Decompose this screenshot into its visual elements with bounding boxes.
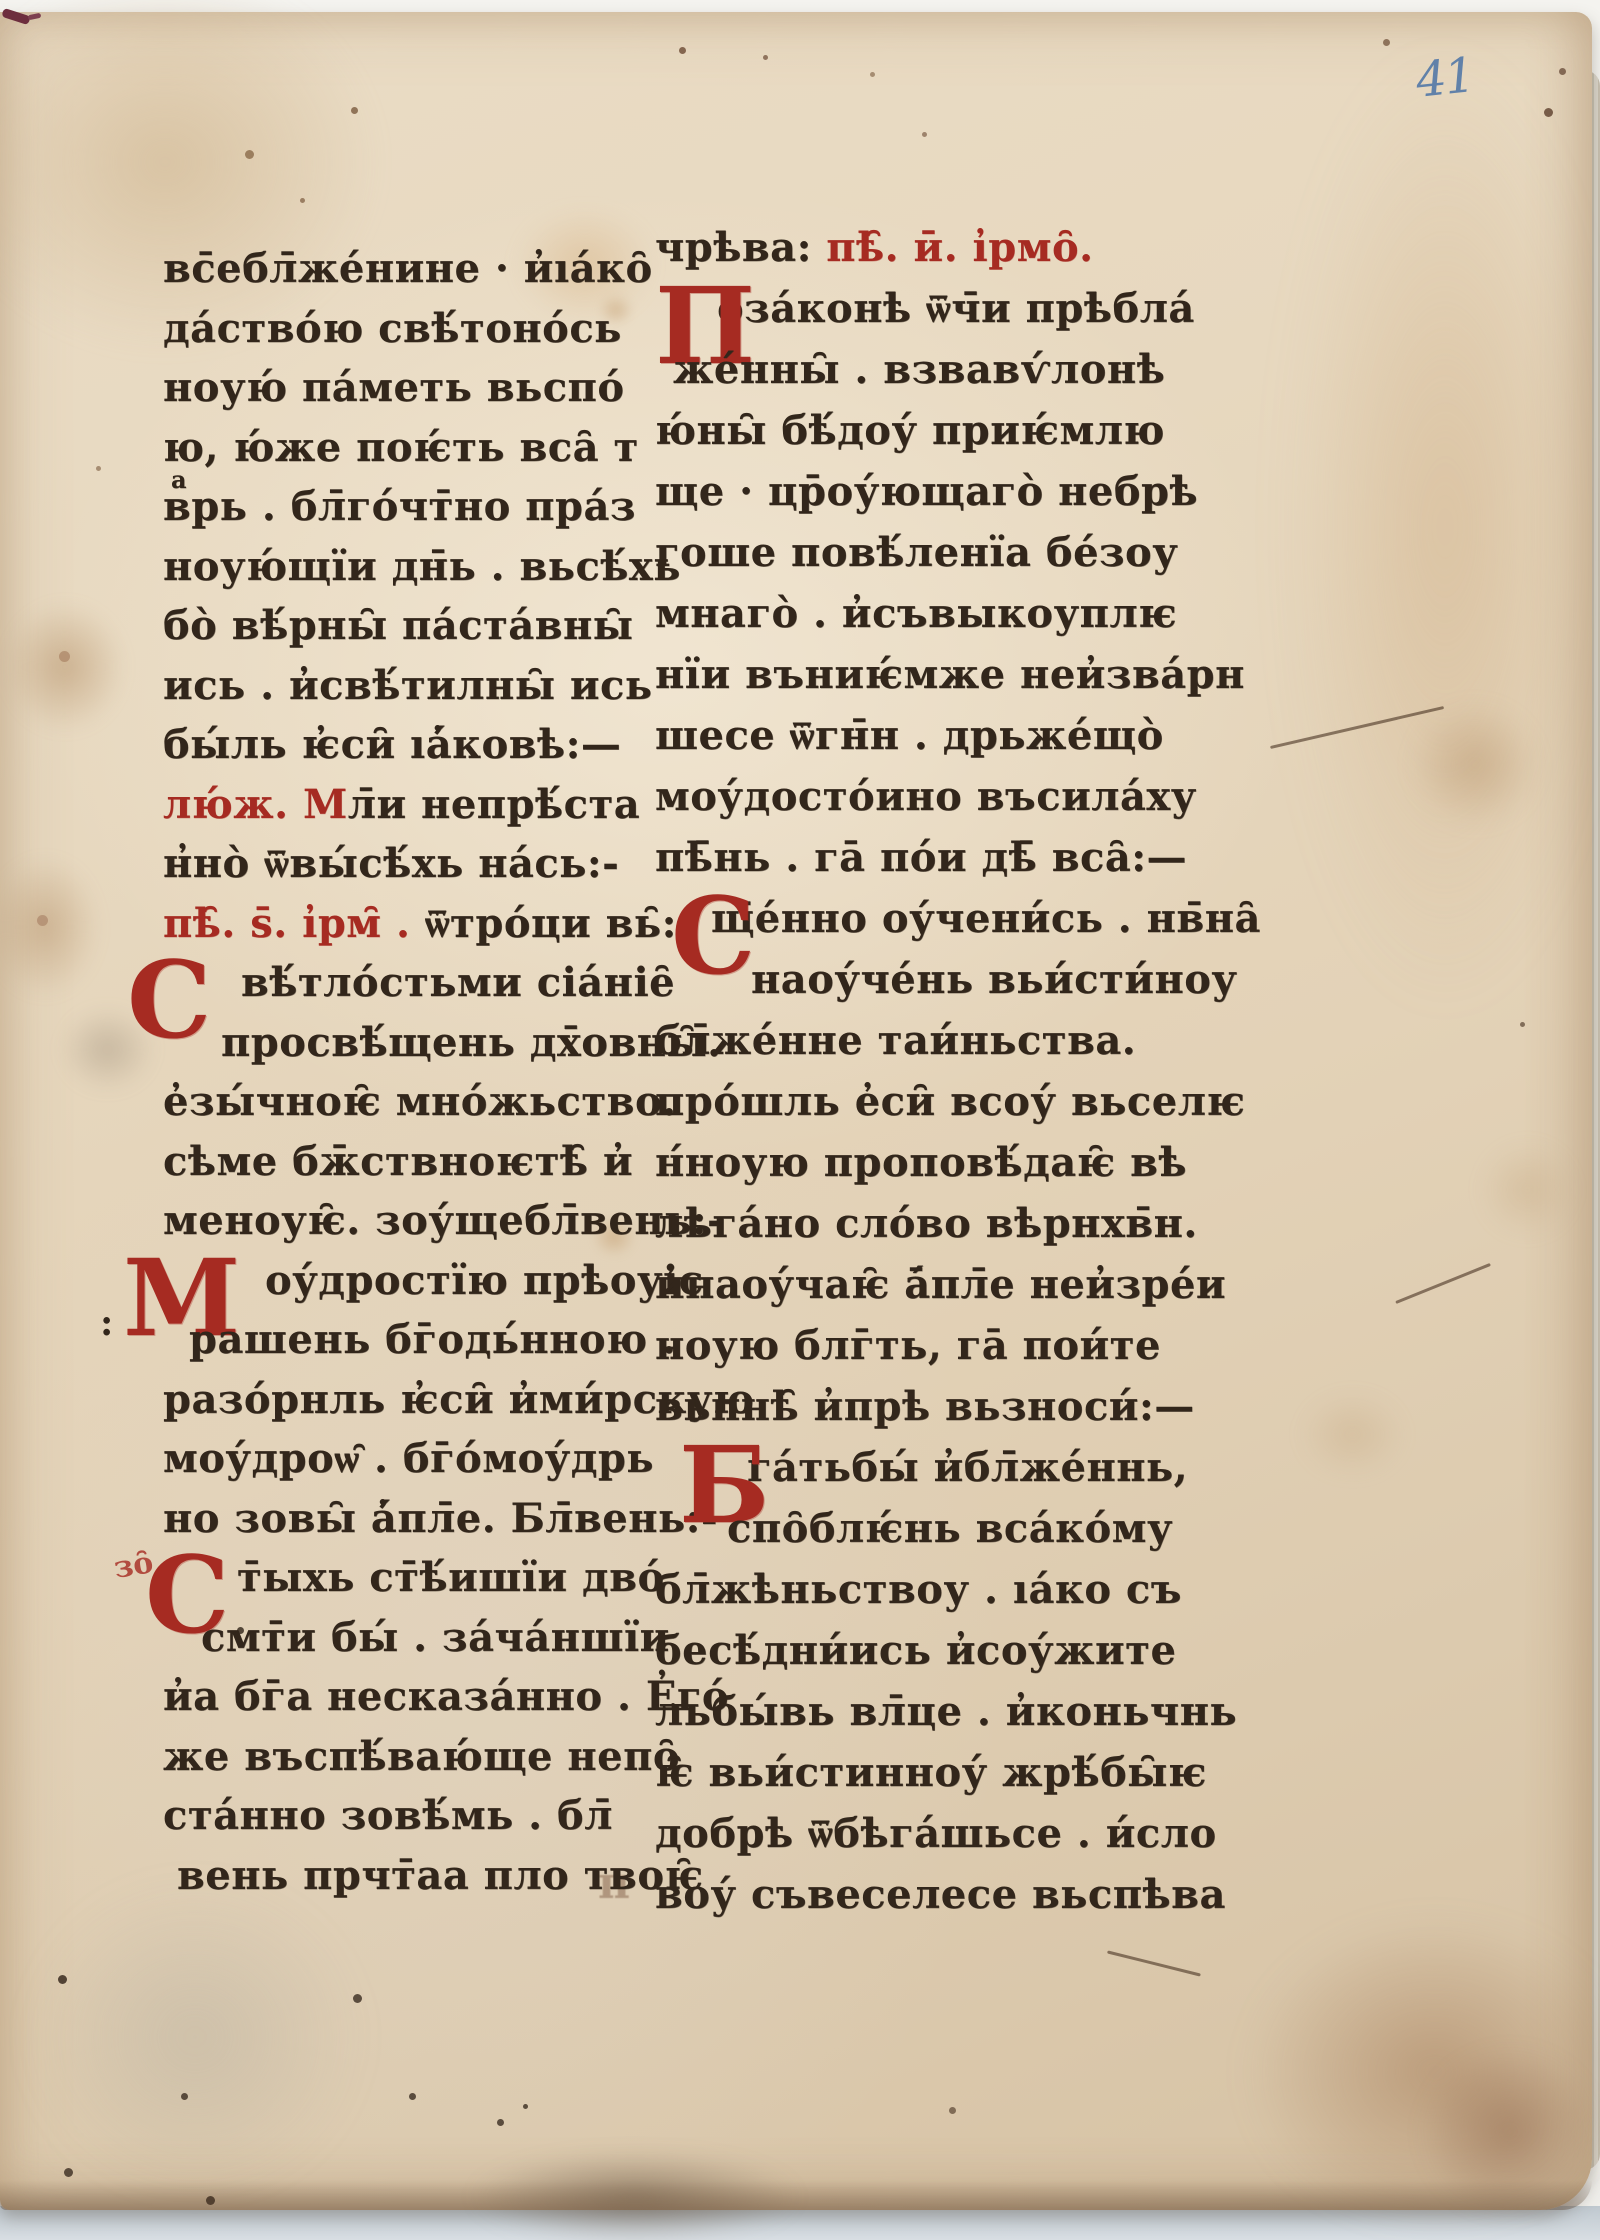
text-segment: вс̄ебл̄же́нине · и̓ıа́ко̑ — [163, 245, 653, 292]
manuscript-line: лю́ж. Мл̄и непрѣ́ста — [163, 781, 663, 841]
stain — [1290, 52, 1600, 1002]
stain — [0, 857, 100, 997]
text-column-left: вс̄ебл̄же́нине · и̓ıа́ко̑да́ство́ю свѣ́т… — [163, 245, 663, 1911]
text-segment: про́шль е̓си̑ всоу́ вьселѥ — [655, 1078, 1245, 1125]
stain — [1480, 1142, 1575, 1237]
text-segment: га́тьбы́ и̓бл̄же́ннь, — [747, 1444, 1188, 1491]
manuscript-line: Ст̄ыхь ст̄ѣ́ишїи дво́ — [163, 1554, 663, 1614]
text-segment: вень прчт̄аа пло твоѥ̑ — [177, 1852, 704, 1899]
text-column-right: чрѣва: пѣ̑. ӣ. і̓рмо̑.Поза́конѣ ѿч̄и прѣ… — [655, 224, 1215, 1932]
manuscript-line: вень прчт̄аа пло твоѥ̑ — [163, 1852, 663, 1912]
text-segment: нїи въниѥ́мже неи̓зва́рн — [655, 651, 1245, 698]
manuscript-line: да́ство́ю свѣ́тоно́сь — [163, 305, 663, 365]
manuscript-line: бо̀ вѣ́рны̑ па́ста́вны̑ — [163, 602, 663, 662]
manuscript-line: моу́досто́ино въсила́ху — [655, 773, 1215, 834]
text-segment: моу́досто́ино въсила́ху — [655, 773, 1197, 820]
manuscript-line: бл̄жѣньствоу . ıа́ко съ — [655, 1566, 1215, 1627]
text-segment: же́нны̑ . взвавѵ́лонѣ — [673, 346, 1165, 393]
text-segment: и̓а бг̄а несказа́нно . Е̓го́ — [163, 1673, 729, 1720]
text-segment: бл̄же́нне таи́ньства. — [655, 1017, 1136, 1064]
manuscript-line: гоше повѣ́ленїа бе́зоу — [655, 529, 1215, 590]
manuscript-line: е̓зы́чноѥ̑ мно́жьство. — [163, 1078, 663, 1138]
manuscript-line: и̓а бг̄а несказа́нно . Е̓го́ — [163, 1673, 663, 1733]
manuscript-line: шесе ѿгн̄н . дрьже́що̀ — [655, 712, 1215, 773]
text-segment: пѣ̑. ӣ. і̓рмо̑. — [826, 224, 1093, 271]
superscript-letter: а — [171, 466, 187, 494]
text-segment: рашень бг̄одь́нною . — [189, 1316, 676, 1363]
stain — [1420, 2047, 1600, 2217]
manuscript-line: бесѣ́дни́ись и̓соу́жите — [655, 1627, 1215, 1688]
text-segment: вѣ́тло́стьми сіа́ніе̑ — [241, 959, 675, 1006]
text-segment: бесѣ́дни́ись и̓соу́жите — [655, 1627, 1176, 1674]
manuscript-line: лѣга́но сло́во вѣрнхв̄н. — [655, 1200, 1215, 1261]
manuscript-line: ись . и̓свѣ́тилны̑ ись — [163, 662, 663, 722]
manuscript-line: Бга́тьбы́ и̓бл̄же́ннь, — [655, 1444, 1215, 1505]
text-segment: л̄и непрѣ́ста — [348, 781, 640, 828]
stain — [1300, 1392, 1405, 1477]
manuscript-line: пѣ̑. ѕ̄. і̓рм̑ . ѿтро́ци вь̑: — [163, 900, 663, 960]
ink-stroke — [1270, 706, 1444, 748]
text-segment: ноую́щїи дн̄ь . вьсѣ́хь — [163, 543, 681, 590]
manuscript-line: рашень бг̄одь́нною . — [163, 1316, 663, 1376]
text-segment: ись . и̓свѣ́тилны̑ ись — [163, 662, 653, 709]
text-segment: бл̄жѣньствоу . ıа́ко съ — [655, 1566, 1182, 1613]
manuscript-line: аврь . бл̄го́чт̄но пра́з — [163, 483, 663, 543]
manuscript-line: ноую́ па́меть вьспо́ — [163, 364, 663, 424]
manuscript-line: же въспѣ́ваю́ще непо̑ — [163, 1733, 663, 1793]
manuscript-line: ста́нно зовѣ́мь . бл̄ — [163, 1792, 663, 1852]
binding-thread — [28, 13, 42, 21]
manuscript-line: просвѣ́щень дх̄овны̑. — [163, 1019, 663, 1079]
text-segment: ѥ̑ вьи́стинноу́ жрѣ́бы̑ѥ — [655, 1749, 1207, 1796]
text-segment: воу́ съвеселесе вьспѣва — [655, 1871, 1226, 1918]
text-segment: но зовы̑ а̓́пл̄е. Бл̄вень:- — [163, 1495, 718, 1542]
manuscript-line: смт̄и бы́ . за́ча́ншїи — [163, 1614, 663, 1674]
text-segment: щ̄е́нно оу́чени́сь . нв̄на̑ — [711, 895, 1261, 942]
scanned-manuscript-photo: 41 вс̄ебл̄же́нине · и̓ıа́ко̑да́ство́ю св… — [0, 0, 1600, 2240]
text-segment: добрѣ ѿбѣга́шьсе . и́сло — [655, 1810, 1217, 1857]
manuscript-line: но зовы̑ а̓́пл̄е. Бл̄вень:- — [163, 1495, 663, 1555]
scanner-bed — [0, 2206, 1600, 2240]
text-segment: же въспѣ́ваю́ще непо̑ — [163, 1733, 680, 1780]
manuscript-line: вс̄ебл̄же́нине · и̓ıа́ко̑ — [163, 245, 663, 305]
manuscript-line: мнаго̀ . и̓съвыкоуплѥ — [655, 590, 1215, 651]
text-segment: ю́ны̑ бѣ́доу́ приѥ́млю — [655, 407, 1165, 454]
margin-gloss: зо̑ — [112, 1545, 156, 1586]
manuscript-line: наоу́че́нь вьи́сти́ноу — [655, 956, 1215, 1017]
manuscript-line: ноую́щїи дн̄ь . вьсѣ́хь — [163, 543, 663, 603]
text-segment: ще · цр̄оу́ющаго̀ небрѣ — [655, 468, 1198, 515]
manuscript-line: и̓наоу́чаѥ̑ а̄́пл̄е неи̓зре́и — [655, 1261, 1215, 1322]
manuscript-line: же́нны̑ . взвавѵ́лонѣ — [655, 346, 1215, 407]
manuscript-line: ще · цр̄оу́ющаго̀ небрѣ — [655, 468, 1215, 529]
manuscript-line: моу́дроѡ̑ . бг̄о́моу́дрь — [163, 1435, 663, 1495]
text-segment: бы́ль ѥ̓си̑ ıа̓́ковѣ:— — [163, 721, 621, 768]
manuscript-line: Свѣ́тло́стьми сіа́ніе̑ — [163, 959, 663, 1019]
manuscript-line: Сщ̄е́нно оу́чени́сь . нв̄на̑ — [655, 895, 1215, 956]
stain — [1410, 702, 1540, 827]
manuscript-line: Поза́конѣ ѿч̄и прѣбла́ — [655, 285, 1215, 346]
manuscript-line: ю́ны̑ бѣ́доу́ приѥ́млю — [655, 407, 1215, 468]
text-segment: смт̄и бы́ . за́ча́ншїи — [201, 1614, 670, 1661]
text-segment: гоше повѣ́ленїа бе́зоу — [655, 529, 1178, 576]
stain — [30, 1882, 360, 2192]
text-segment: ноую́ па́меть вьспо́ — [163, 364, 625, 411]
text-segment: т̄ыхь ст̄ѣ́ишїи дво́ — [237, 1554, 665, 1601]
manuscript-line: нїи въниѥ́мже неи̓зва́рн — [655, 651, 1215, 712]
manuscript-line: спо̑блѥ́нь вса́ко́му — [655, 1505, 1215, 1566]
manuscript-line: бл̄же́нне таи́ньства. — [655, 1017, 1215, 1078]
text-segment: ноую блг̄ть, га̄ пои́те — [655, 1322, 1161, 1369]
text-segment: да́ство́ю свѣ́тоно́сь — [163, 305, 622, 352]
manuscript-line: н́ноую проповѣ́даѥ̑ вѣ — [655, 1139, 1215, 1200]
text-segment: ѿтро́ци вь̑: — [425, 900, 677, 947]
manuscript-line: добрѣ ѿбѣга́шьсе . и́сло — [655, 1810, 1215, 1871]
text-segment: н́ноую проповѣ́даѥ̑ вѣ — [655, 1139, 1187, 1186]
binding-thread — [1, 8, 30, 25]
text-segment: оу́дростїю прѣоуіс — [265, 1257, 704, 1304]
text-segment: моу́дроѡ̑ . бг̄о́моу́дрь — [163, 1435, 654, 1482]
stain — [1245, 1917, 1600, 2227]
text-segment: е̓зы́чноѥ̑ мно́жьство. — [163, 1078, 677, 1125]
manuscript-line: бы́ль ѥ̓си̑ ıа̓́ковѣ:— — [163, 721, 663, 781]
folio-number: 41 — [1413, 47, 1476, 109]
text-segment: и̓наоу́чаѥ̑ а̄́пл̄е неи̓зре́и — [655, 1261, 1226, 1308]
text-segment: ста́нно зовѣ́мь . бл̄ — [163, 1792, 613, 1839]
manuscript-line: про́шль е̓си̑ всоу́ вьселѥ — [655, 1078, 1215, 1139]
text-segment: ю, ю́же поѥ́ть вса̑ т — [163, 424, 639, 471]
manuscript-line: ноую блг̄ть, га̄ пои́те — [655, 1322, 1215, 1383]
text-segment: наоу́че́нь вьи́сти́ноу — [751, 956, 1238, 1003]
text-segment: мнаго̀ . и̓съвыкоуплѥ — [655, 590, 1177, 637]
text-segment: просвѣ́щень дх̄овны̑. — [221, 1019, 722, 1066]
text-segment: М — [303, 781, 348, 828]
text-segment: лѣга́но сло́во вѣрнхв̄н. — [655, 1200, 1198, 1247]
margin-mark: : — [100, 1302, 113, 1344]
manuscript-line: ю, ю́же поѥ́ть вса̑ т — [163, 424, 663, 484]
text-segment: оза́конѣ ѿч̄и прѣбла́ — [717, 285, 1195, 332]
text-segment: льбы́вь вл̄це . и̓коньчнь — [655, 1688, 1237, 1735]
text-segment: сѣме бж̄ствноѥтѣ̑ и̓ — [163, 1138, 633, 1185]
stain — [5, 602, 125, 732]
text-segment: спо̑блѥ́нь вса́ко́му — [727, 1505, 1173, 1552]
manuscript-line: льбы́вь вл̄це . и̓коньчнь — [655, 1688, 1215, 1749]
ink-stroke — [1395, 1263, 1491, 1304]
manuscript-line: н̓но̀ ѿвы́сѣ́хь на́сь:- — [163, 840, 663, 900]
manuscript-line: ѥ̑ вьи́стинноу́ жрѣ́бы̑ѥ — [655, 1749, 1215, 1810]
text-segment: шесе ѿгн̄н . дрьже́що̀ — [655, 712, 1164, 759]
text-segment: врь . бл̄го́чт̄но пра́з — [163, 483, 636, 530]
text-segment: н̓но̀ ѿвы́сѣ́хь на́сь:- — [163, 840, 619, 887]
text-segment: меноуѥ̑. зоу́щебл̄вень:- — [163, 1197, 724, 1244]
manuscript-line: разо́рнль ѥ̓си̑ и̓ми́рскую — [163, 1376, 663, 1436]
manuscript-line: сѣме бж̄ствноѥтѣ̑ и̓ — [163, 1138, 663, 1198]
ink-stroke — [1107, 1950, 1201, 1976]
manuscript-line: воу́ съвеселесе вьспѣва — [655, 1871, 1215, 1932]
text-segment: лю́ж. — [163, 781, 303, 828]
manuscript-page: 41 вс̄ебл̄же́нине · и̓ıа́ко̑да́ство́ю св… — [0, 12, 1592, 2210]
text-segment: бо̀ вѣ́рны̑ па́ста́вны̑ — [163, 602, 633, 649]
manuscript-line: Моу́дростїю прѣоуіс — [163, 1257, 663, 1317]
